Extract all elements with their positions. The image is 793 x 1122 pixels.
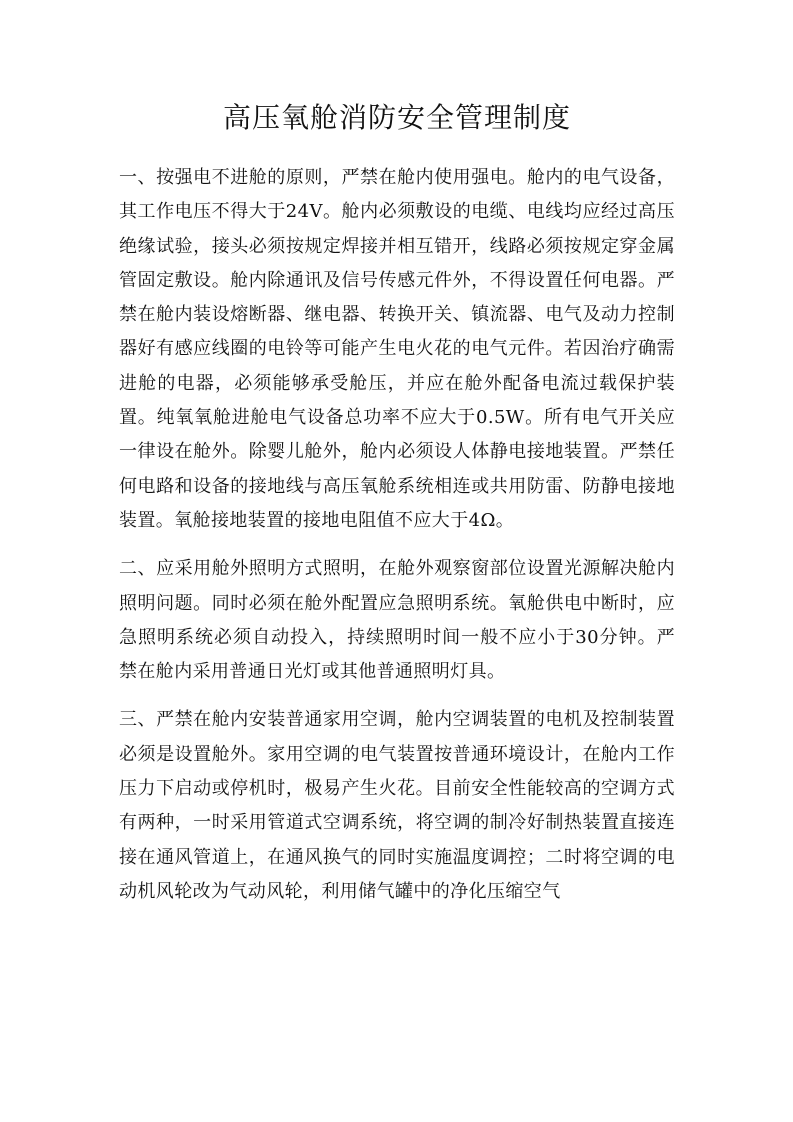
document-body: 一、按强电不进舱的原则，严禁在舱内使用强电。舱内的电气设备，其工作电压不得大于2…	[119, 161, 675, 923]
document-title: 高压氧舱消防安全管理制度	[119, 98, 675, 138]
paragraph-3-air-conditioning: 三、严禁在舱内安装普通家用空调，舱内空调装置的电机及控制装置必须是设置舱外。家用…	[119, 703, 675, 909]
paragraph-2-lighting: 二、应采用舱外照明方式照明，在舱外观察窗部位设置光源解决舱内照明问题。同时必须在…	[119, 552, 675, 689]
paragraph-1-electrical: 一、按强电不进舱的原则，严禁在舱内使用强电。舱内的电气设备，其工作电压不得大于2…	[119, 161, 675, 538]
